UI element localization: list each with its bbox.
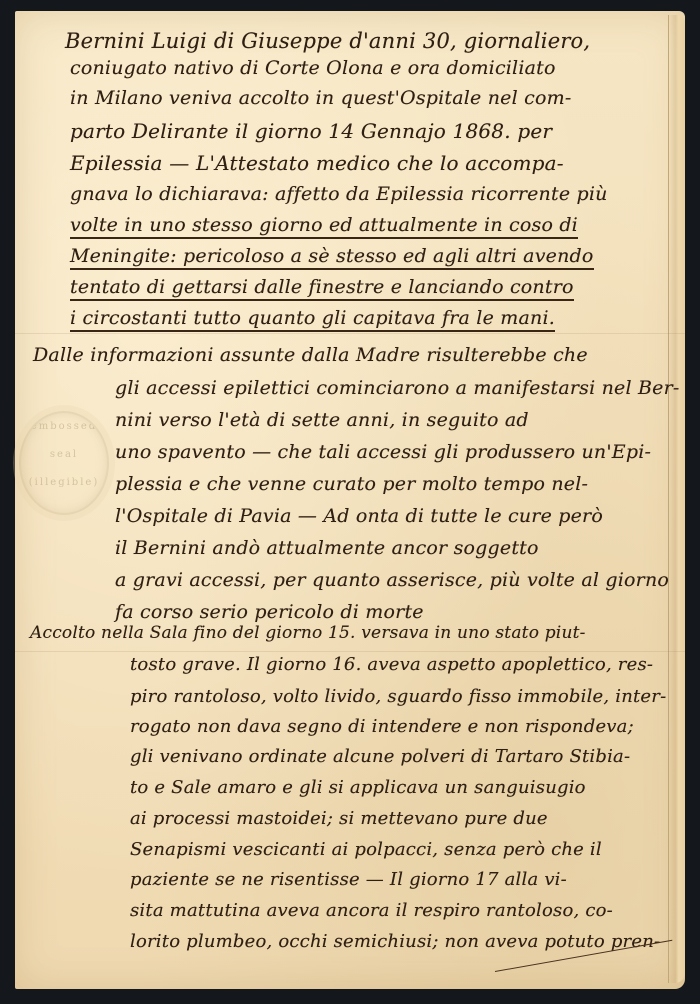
text-line: lorito plumbeo, occhi semichiusi; non av… — [130, 931, 660, 952]
text-line: plessia e che venne curato per molto tem… — [115, 473, 588, 495]
text-line-underlined: tentato di gettarsi dalle finestre e lan… — [70, 276, 574, 301]
text-line: gli venivano ordinate alcune polveri di … — [130, 746, 630, 767]
manuscript-page: embossed seal (illegible) Bernini Luigi … — [15, 11, 685, 989]
text-line: a gravi accessi, per quanto asserisce, p… — [115, 569, 669, 591]
text-line: rogato non dava segno di intendere e non… — [130, 716, 634, 737]
paper-fold-line — [15, 333, 685, 334]
text-line: gnava lo dichiarava: affetto da Epilessi… — [70, 183, 608, 205]
text-line: Accolto nella Sala fino del giorno 15. v… — [30, 623, 586, 643]
text-line: fa corso serio pericolo di morte — [115, 601, 424, 623]
text-line: nini verso l'età di sette anni, in segui… — [115, 409, 529, 431]
text-line: uno spavento — che tali accessi gli prod… — [115, 441, 651, 463]
text-line: Senapismi vescicanti ai polpacci, senza … — [130, 839, 602, 860]
text-line: Epilessia — L'Attestato medico che lo ac… — [70, 151, 564, 175]
text-line: coniugato nativo di Corte Olona e ora do… — [70, 57, 556, 79]
text-line-underlined: volte in uno stesso giorno ed attualment… — [70, 214, 578, 239]
text-line: l'Ospitale di Pavia — Ad onta di tutte l… — [115, 505, 603, 527]
text-line: Bernini Luigi di Giuseppe d'anni 30, gio… — [65, 29, 590, 53]
text-line: il Bernini andò attualmente ancor sogget… — [115, 537, 539, 559]
text-line: Dalle informazioni assunte dalla Madre r… — [33, 344, 588, 366]
embossed-seal-icon: embossed seal (illegible) — [19, 411, 109, 515]
text-line: to e Sale amaro e gli si applicava un sa… — [130, 777, 586, 798]
text-line: sita mattutina aveva ancora il respiro r… — [130, 900, 613, 921]
text-line-underlined: i circostanti tutto quanto gli capitava … — [70, 307, 555, 332]
scanned-document: embossed seal (illegible) Bernini Luigi … — [0, 0, 700, 1004]
paper-fold-line — [15, 651, 685, 652]
text-line: in Milano veniva accolto in quest'Ospita… — [70, 87, 571, 109]
text-line: ai processi mastoidei; si mettevano pure… — [130, 808, 548, 829]
text-line: gli accessi epilettici cominciarono a ma… — [115, 377, 680, 399]
paper-edge — [668, 15, 685, 983]
text-line: tosto grave. Il giorno 16. aveva aspetto… — [130, 654, 653, 675]
text-line: piro rantoloso, volto livido, sguardo fi… — [130, 686, 666, 707]
text-line: parto Delirante il giorno 14 Gennajo 186… — [70, 119, 552, 143]
text-line-underlined: Meningite: pericoloso a sè stesso ed agl… — [70, 245, 594, 270]
text-line: paziente se ne risentisse — Il giorno 17… — [130, 869, 567, 890]
